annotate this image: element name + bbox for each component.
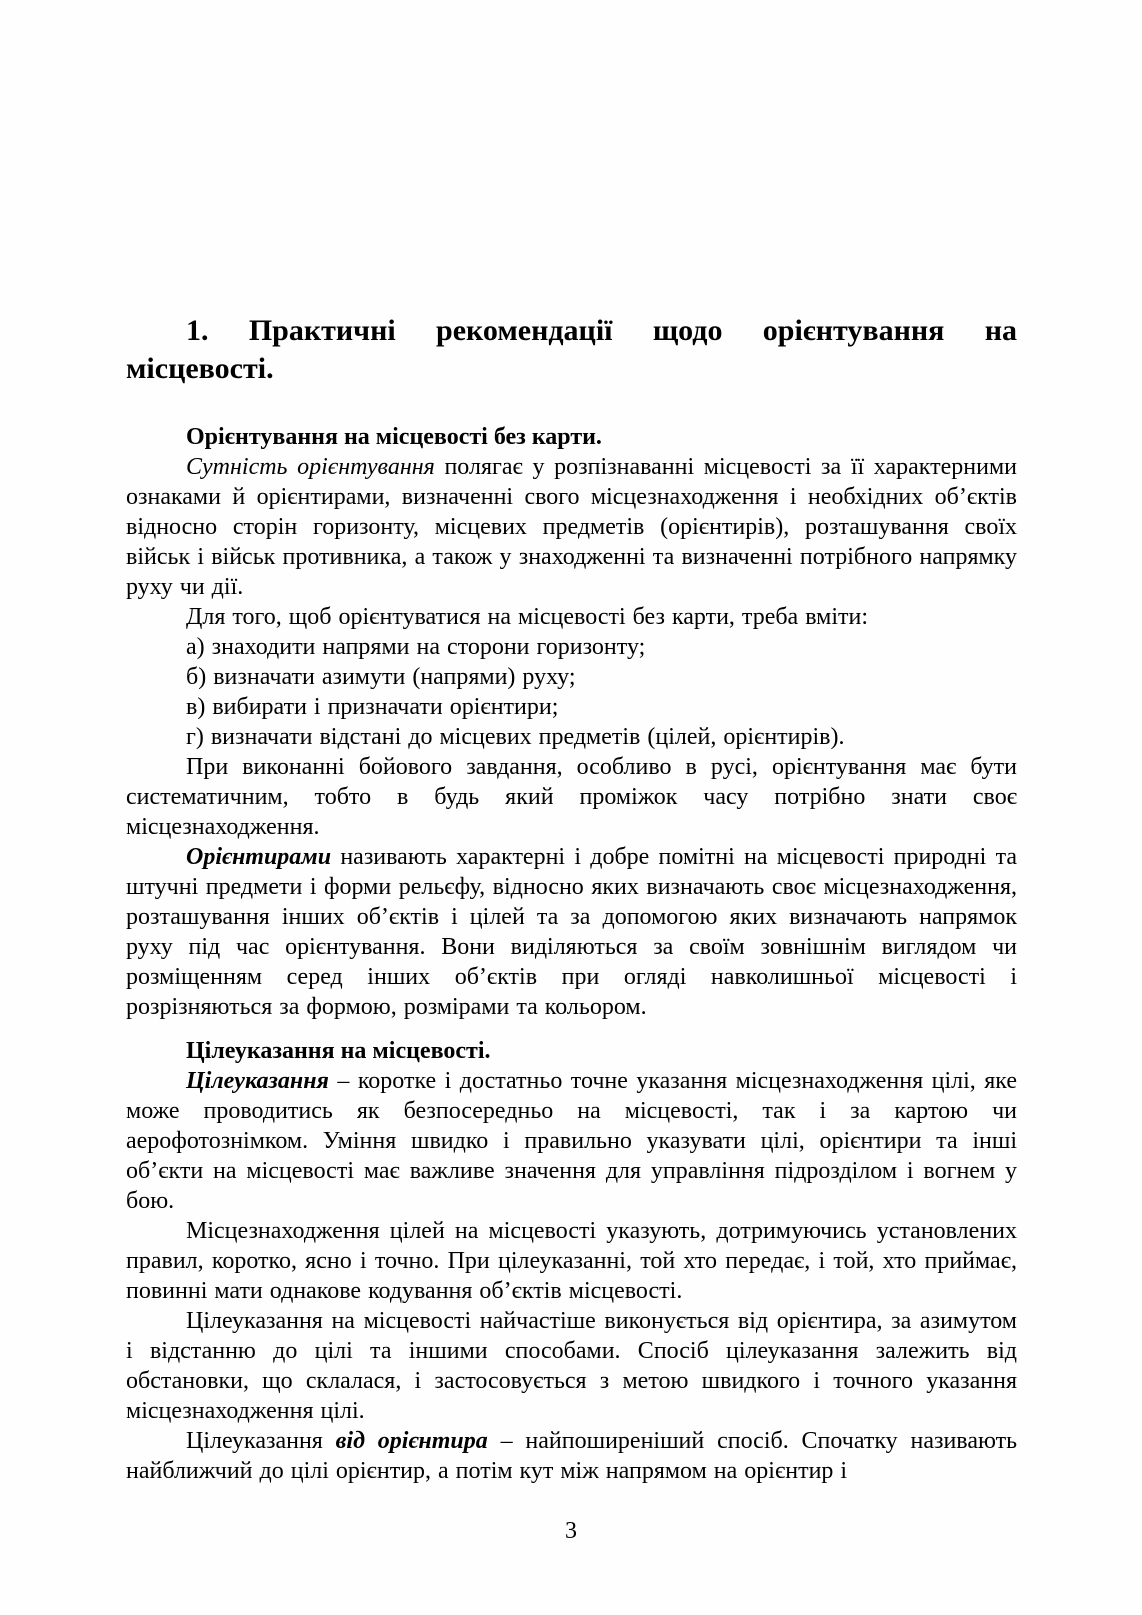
page-title: 1. Практичні рекомендації щодо орієнтува… xyxy=(126,312,1017,388)
text-run: Цілеуказання xyxy=(186,1428,336,1454)
section-orientation-without-map: Орієнтування на місцевості без карти. Су… xyxy=(126,422,1017,1022)
text-run-italic: Сутність орієнтування xyxy=(186,454,435,480)
paragraph: Цілеуказання на місцевості найчастіше ви… xyxy=(126,1306,1017,1426)
text-run-bold-italic: Орієнтирами xyxy=(186,844,331,870)
list-item-b: б) визначати азимути (напрями) руху; xyxy=(126,662,1017,692)
text-run: називають характерні і добре помітні на … xyxy=(126,844,1017,1020)
page-number: 3 xyxy=(0,1516,1142,1546)
text-run: г) визначати відстані до місцевих предме… xyxy=(186,724,845,750)
text-run: в) вибирати і призначати орієнтири; xyxy=(186,694,558,720)
list-item-a: а) знаходити напрями на сторони горизонт… xyxy=(126,632,1017,662)
text-run: Місцезнаходження цілей на місцевості ука… xyxy=(126,1218,1017,1304)
paragraph: Сутність орієнтування полягає у розпізна… xyxy=(126,452,1017,602)
text-run: Цілеуказання на місцевості найчастіше ви… xyxy=(126,1308,1017,1424)
paragraph: Орієнтирами називають характерні і добре… xyxy=(126,842,1017,1022)
text-run: При виконанні бойового завдання, особлив… xyxy=(126,754,1017,840)
paragraph: Цілеуказання від орієнтира – найпоширені… xyxy=(126,1426,1017,1486)
paragraph: Місцезнаходження цілей на місцевості ука… xyxy=(126,1216,1017,1306)
text-run: б) визначати азимути (напрями) руху; xyxy=(186,664,576,690)
paragraph: Цілеуказання – коротке і достатньо точне… xyxy=(126,1066,1017,1216)
section-heading: Цілеуказання на місцевості. xyxy=(126,1036,1017,1066)
text-run: а) знаходити напрями на сторони горизонт… xyxy=(186,634,645,660)
list-item-v: в) вибирати і призначати орієнтири; xyxy=(126,692,1017,722)
text-run-bold-italic: Цілеуказання xyxy=(186,1068,329,1094)
document-page: 1. Практичні рекомендації щодо орієнтува… xyxy=(0,0,1142,1615)
text-run: Для того, щоб орієнтуватися на місцевост… xyxy=(186,604,868,630)
section-heading: Орієнтування на місцевості без карти. xyxy=(126,422,1017,452)
paragraph: При виконанні бойового завдання, особлив… xyxy=(126,752,1017,842)
section-target-designation: Цілеуказання на місцевості. Цілеуказання… xyxy=(126,1036,1017,1486)
list-item-g: г) визначати відстані до місцевих предме… xyxy=(126,722,1017,752)
paragraph: Для того, щоб орієнтуватися на місцевост… xyxy=(126,602,1017,632)
text-run-bold-italic: від орієнтира xyxy=(336,1428,488,1454)
